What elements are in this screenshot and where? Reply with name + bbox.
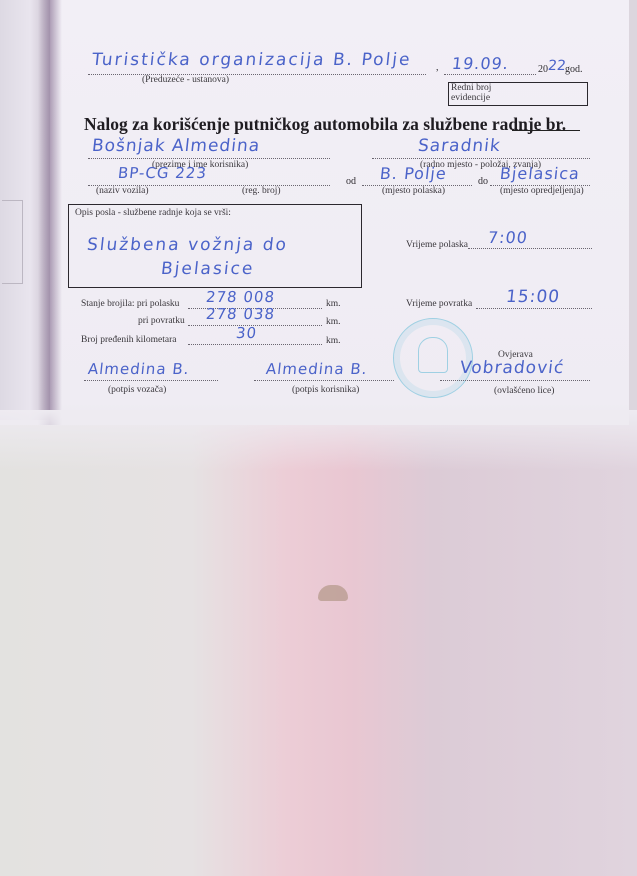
job-description-label: Opis posla - službene radnje koja se vrš… (75, 208, 231, 218)
authorized-signature-value: Vobradović (459, 358, 565, 378)
odometer-departure-label: Stanje brojila: pri polasku (81, 299, 179, 309)
km-traveled-line (188, 344, 322, 345)
scan-fade (0, 410, 637, 470)
year-suffix: god. (565, 64, 583, 75)
destination-value: Bjelasica (499, 164, 581, 183)
job-description-line2: Bjelasice (160, 259, 255, 279)
user-name-value: Bošnjak Almedina (91, 136, 261, 156)
departure-time-line (468, 248, 592, 249)
comma: , (436, 62, 439, 73)
departure-place-value: B. Polje (379, 164, 448, 183)
odometer-return-label: pri povratku (138, 316, 185, 326)
departure-place-label: (mjesto polaska) (382, 186, 445, 196)
km-unit-3: km. (326, 336, 341, 346)
company-value: Turistička organizacija B. Polje (91, 50, 413, 70)
registry-number-box[interactable]: Redni broj evidencije (448, 82, 588, 106)
authorized-signature-line (440, 380, 590, 381)
company-label: (Preduzeće - ustanova) (142, 75, 229, 85)
km-traveled-label: Broj pređenih kilometara (81, 335, 177, 345)
authorized-person-label: (ovlašćeno lice) (494, 386, 554, 396)
company-line (88, 74, 426, 75)
from-prefix: od (346, 176, 356, 187)
position-line (372, 158, 590, 159)
form-number-line (512, 130, 580, 131)
user-signature-line (254, 380, 394, 381)
registry-label-line1: Redni broj (451, 83, 491, 93)
driver-signature-line (84, 380, 218, 381)
vehicle-value: BP-CG 223 (117, 164, 208, 182)
user-name-line (88, 158, 330, 159)
odometer-departure-value: 278 008 (205, 288, 276, 306)
date-value: 19.09. (451, 54, 510, 73)
km-unit-1: km. (326, 299, 341, 309)
page-gutter-shadow (38, 0, 62, 440)
scan-stain (318, 585, 348, 601)
date-line (444, 74, 536, 75)
return-time-label: Vrijeme povratka (406, 299, 472, 309)
vehicle-name-label: (naziv vozila) (96, 186, 149, 196)
departure-time-label: Vrijeme polaska (406, 240, 468, 250)
year-handwritten: 22 (547, 58, 567, 74)
km-traveled-value: 30 (235, 324, 258, 342)
job-description-box[interactable]: Opis posla - službene radnje koja se vrš… (68, 204, 362, 288)
departure-time-value: 7:00 (487, 228, 529, 247)
stamp-beehive-icon (418, 337, 448, 373)
return-time-line (476, 308, 592, 309)
driver-signature-value: Almedina B. (87, 360, 190, 378)
user-signature-label: (potpis korisnika) (292, 385, 359, 395)
form-title: Nalog za korišćenje putničkog automobila… (84, 114, 566, 135)
blank-lower-area (0, 425, 637, 876)
to-prefix: do (478, 176, 488, 187)
destination-label: (mjesto opredjeljenja) (500, 186, 584, 196)
driver-signature-label: (potpis vozača) (108, 385, 166, 395)
odometer-return-value: 278 038 (205, 305, 276, 323)
km-unit-2: km. (326, 317, 341, 327)
user-signature-value: Almedina B. (265, 360, 368, 378)
position-value: Saradnik (417, 136, 502, 156)
return-time-value: 15:00 (505, 287, 561, 307)
job-description-line1: Službena vožnja do (86, 235, 289, 255)
reg-number-label: (reg. broj) (242, 186, 281, 196)
registry-label-line2: evidencije (451, 93, 490, 103)
ghost-box (2, 200, 23, 284)
